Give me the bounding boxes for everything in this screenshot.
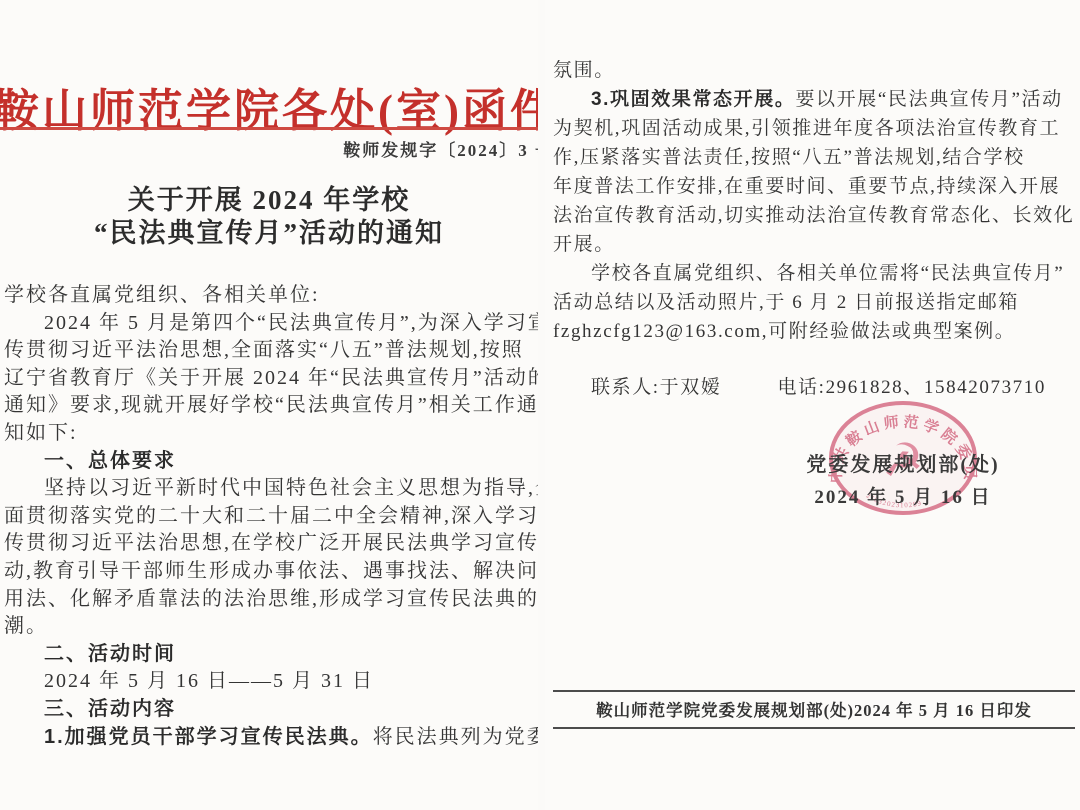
- page-left: 鞍山师范学院各处(室)函件 鞍师发规字〔2024〕3 号 关于开展 2024 年…: [0, 0, 538, 810]
- doc-line: 辽宁省教育厅《关于开展 2024 年“民法典宣传月”活动的: [4, 365, 538, 393]
- doc-line: 潮。: [4, 613, 538, 641]
- doc-line: 坚持以习近平新时代中国特色社会主义思想为指导,全: [4, 475, 538, 503]
- doc-line: 通知》要求,现就开展好学校“民法典宣传月”相关工作通: [4, 392, 538, 420]
- print-note-band: 鞍山师范学院党委发展规划部(处)2024 年 5 月 16 日印发: [553, 690, 1075, 729]
- contact-person: 联系人:于双嫒: [591, 377, 721, 398]
- doc-line: 氛围。: [553, 56, 1080, 85]
- notice-title-line2: “民法典宣传月”活动的通知: [0, 211, 538, 250]
- doc-line-lead: 3.巩固效果常态开展。: [591, 89, 795, 110]
- right-page-body: 氛围。3.巩固效果常态开展。要以开展“民法典宣传月”活动为契机,巩固活动成果,引…: [553, 56, 1080, 346]
- doc-line: 2024 年 5 月是第四个“民法典宣传月”,为深入学习宣: [4, 310, 538, 338]
- doc-line: 用法、化解矛盾靠法的法治思维,形成学习宣传民法典的热: [4, 586, 538, 614]
- document-scan: 鞍山师范学院各处(室)函件 鞍师发规字〔2024〕3 号 关于开展 2024 年…: [0, 0, 1080, 810]
- doc-line: 年度普法工作安排,在重要时间、重要节点,持续深入开展: [553, 172, 1080, 201]
- doc-line-lead: 1.加强党员干部学习宣传民法典。: [44, 726, 373, 748]
- doc-number: 鞍师发规字〔2024〕3 号: [343, 136, 538, 161]
- doc-line: 三、活动内容: [4, 696, 538, 724]
- page-right: 氛围。3.巩固效果常态开展。要以开展“民法典宣传月”活动为契机,巩固活动成果,引…: [545, 0, 1080, 810]
- doc-line: 活动总结以及活动照片,于 6 月 2 日前报送指定邮箱: [553, 288, 1080, 317]
- issuing-department: 党委发展规划部(处): [748, 448, 1058, 477]
- doc-line: 法治宣传教育活动,切实推动法治宣传教育常态化、长效化: [553, 201, 1080, 230]
- doc-line: 为契机,巩固活动成果,引领推进年度各项法治宣传教育工: [553, 114, 1080, 143]
- doc-line: 二、活动时间: [4, 641, 538, 669]
- print-note-text: 鞍山师范学院党委发展规划部(处)2024 年 5 月 16 日印发: [553, 697, 1075, 721]
- doc-line: fzghzcfg123@163.com,可附经验做法或典型案例。: [553, 317, 1080, 346]
- doc-line: 知如下:: [4, 420, 538, 448]
- doc-line: 传贯彻习近平法治思想,全面落实“八五”普法规划,按照: [4, 337, 538, 365]
- doc-line: 开展。: [553, 230, 1080, 259]
- doc-line: 学校各直属党组织、各相关单位需将“民法典宣传月”: [553, 259, 1080, 288]
- doc-line: 面贯彻落实党的二十大和二十届二中全会精神,深入学习宣: [4, 503, 538, 531]
- left-page-body: 学校各直属党组织、各相关单位:2024 年 5 月是第四个“民法典宣传月”,为深…: [4, 282, 538, 751]
- doc-line: 3.巩固效果常态开展。要以开展“民法典宣传月”活动: [553, 85, 1080, 114]
- masthead-rule: [0, 127, 538, 130]
- doc-line: 学校各直属党组织、各相关单位:: [4, 282, 538, 310]
- doc-line: 2024 年 5 月 16 日——5 月 31 日: [4, 668, 538, 696]
- doc-line: 传贯彻习近平法治思想,在学校广泛开展民法典学习宣传活: [4, 530, 538, 558]
- doc-line: 一、总体要求: [4, 448, 538, 476]
- doc-line: 作,压紧落实普法责任,按照“八五”普法规划,结合学校: [553, 143, 1080, 172]
- doc-line: 动,教育引导干部师生形成办事依法、遇事找法、解决问题: [4, 558, 538, 586]
- issue-date: 2024 年 5 月 16 日: [748, 482, 1058, 509]
- doc-line: 1.加强党员干部学习宣传民法典。将民法典列为党委: [4, 724, 538, 752]
